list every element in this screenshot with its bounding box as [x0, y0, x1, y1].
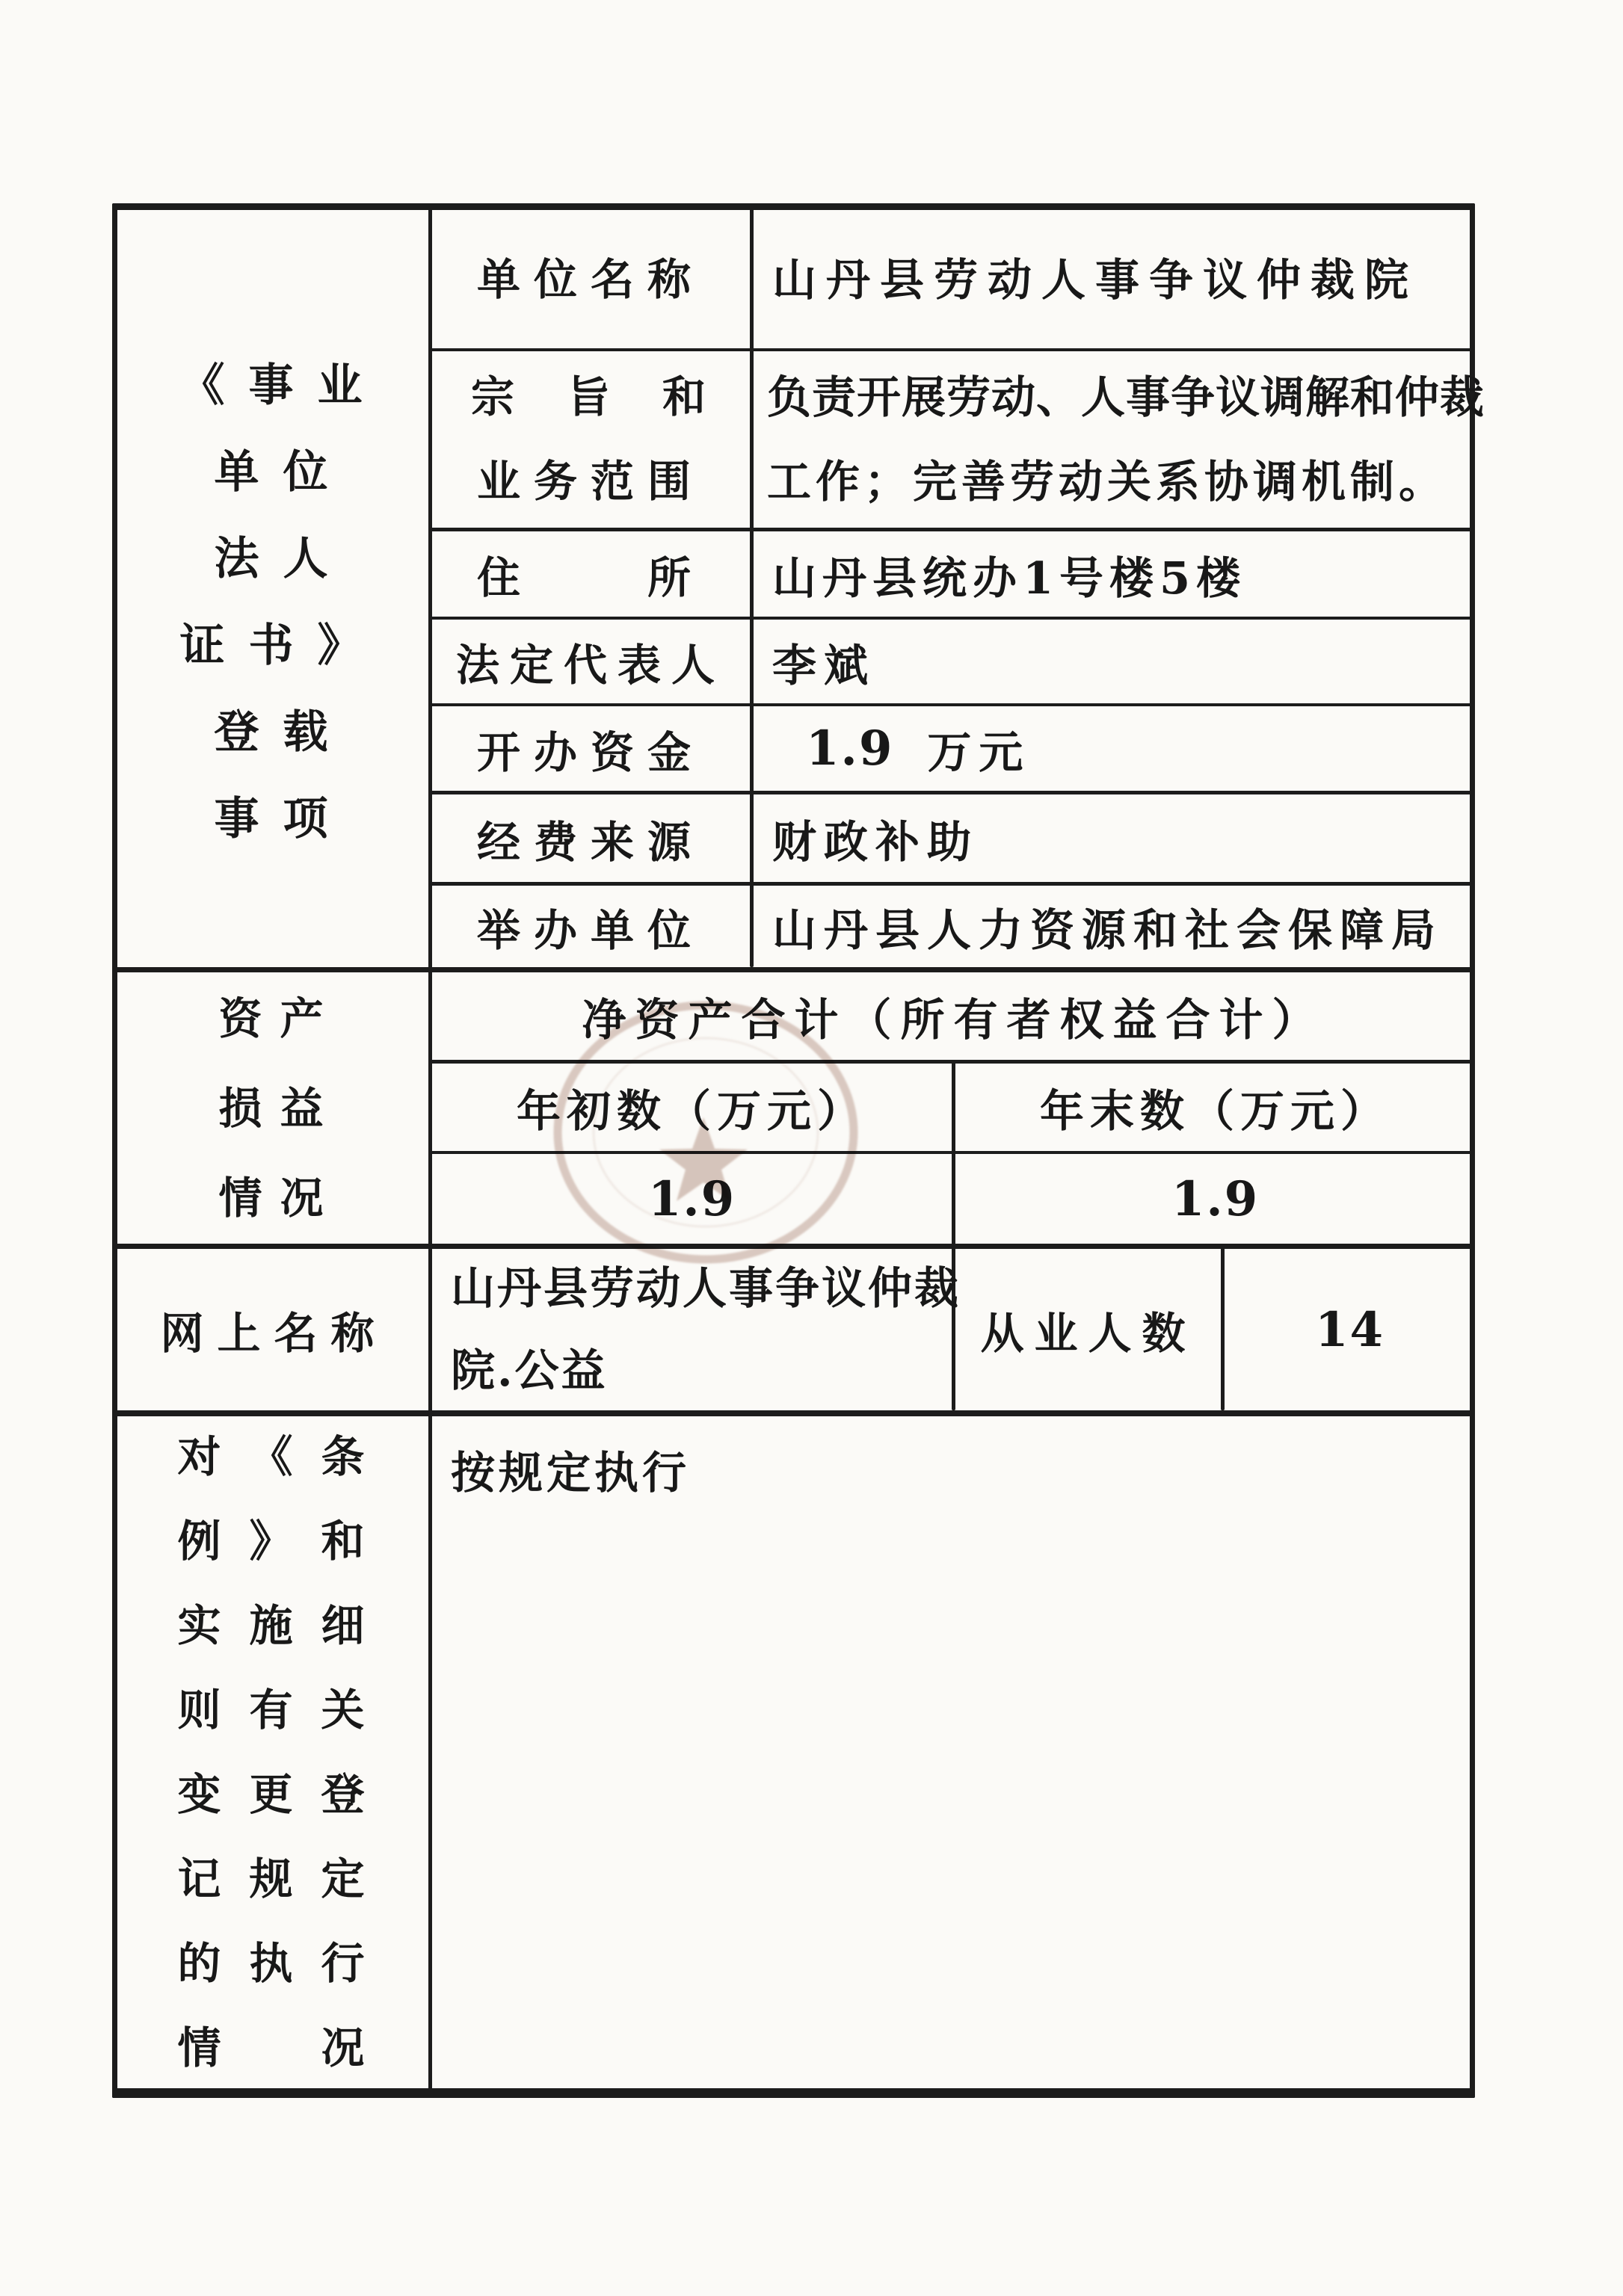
staff-count-value: 14	[1225, 1249, 1475, 1410]
year-end-label: 年末数（万元）	[955, 1064, 1475, 1151]
regs-header-line: 例》和	[177, 1499, 392, 1584]
legal-representative-label: 法定代表人	[430, 620, 751, 703]
document-page: 《事业 单位 法人 证书》 登载 事项 单位名称 山丹县劳动人事争议仲裁院 宗 …	[0, 0, 1623, 2296]
certificate-header-line: 事项	[215, 776, 352, 862]
certificate-header-line: 《事业	[180, 342, 386, 429]
online-name-value-line2: 院.公益	[451, 1330, 608, 1412]
assets-profit-loss-header: 资产 损益 情况	[120, 972, 422, 1244]
regulations-execution-header: 对《条 例》和 实施细 则有关 变更登 记规定 的执行 情 况	[120, 1416, 422, 2088]
funding-source-label: 经费来源	[430, 794, 751, 882]
online-name-value: 山丹县劳动人事争议仲裁 院.公益	[432, 1249, 952, 1410]
purpose-scope-label-line1: 宗 旨 和	[471, 355, 710, 439]
certificate-items-header: 《事业 单位 法人 证书》 登载 事项	[120, 203, 422, 967]
regs-header-line: 情 况	[177, 2006, 392, 2090]
registration-table: 《事业 单位 法人 证书》 登载 事项 单位名称 山丹县劳动人事争议仲裁院 宗 …	[112, 203, 1475, 2098]
regulations-execution-value: 按规定执行	[432, 1416, 1475, 2088]
unit-name-value: 山丹县劳动人事争议仲裁院	[754, 203, 1475, 348]
registered-capital-label: 开办资金	[430, 706, 751, 791]
regs-header-line: 变更登	[177, 1753, 392, 1837]
funding-source-value: 财政补助	[754, 794, 1475, 882]
regs-header-line: 记规定	[177, 1837, 392, 1922]
unit-name-label: 单位名称	[430, 203, 751, 348]
registered-capital-amount: 1.9	[806, 720, 893, 777]
purpose-scope-label: 宗 旨 和 业务范围	[430, 351, 751, 528]
registered-capital-value: 1.9 万元	[754, 706, 1475, 791]
online-name-value-line1: 山丹县劳动人事争议仲裁	[451, 1247, 961, 1330]
address-label: 住 所	[430, 531, 751, 617]
table-border-left	[112, 203, 117, 2098]
regs-header-line: 则有关	[177, 1668, 392, 1753]
certificate-header-line: 单位	[215, 429, 352, 516]
purpose-scope-value: 负责开展劳动、人事争议调解和仲裁 工作；完善劳动关系协调机制。	[754, 351, 1475, 528]
registered-capital-unit: 万元	[927, 717, 1030, 780]
regs-header-line: 的执行	[177, 1922, 392, 2006]
assets-header-line: 损益	[218, 1064, 341, 1153]
year-start-label: 年初数（万元）	[432, 1064, 952, 1151]
certificate-header-line: 法人	[215, 516, 352, 602]
year-start-value: 1.9	[432, 1154, 952, 1244]
address-value: 山丹县统办1号楼5楼	[754, 531, 1475, 617]
purpose-scope-label-line2: 业务范围	[477, 439, 704, 524]
certificate-header-line: 证书》	[180, 602, 386, 689]
assets-header-line: 情况	[218, 1153, 341, 1243]
assets-header-line: 资产	[218, 974, 341, 1064]
purpose-scope-value-line2: 工作；完善劳动关系协调机制。	[767, 439, 1447, 524]
purpose-scope-value-line1: 负责开展劳动、人事争议调解和仲裁	[767, 355, 1485, 439]
section-line-assets	[112, 967, 1475, 972]
net-assets-title: 净资产合计（所有者权益合计）	[432, 972, 1475, 1060]
staff-count-label: 从业人数	[955, 1249, 1221, 1410]
online-name-label: 网上名称	[120, 1249, 428, 1410]
regs-header-line: 实施细	[177, 1584, 392, 1668]
sponsor-unit-value: 山丹县人力资源和社会保障局	[754, 886, 1475, 967]
year-end-value: 1.9	[955, 1154, 1475, 1244]
sponsor-unit-label: 举办单位	[430, 886, 751, 967]
legal-representative-value: 李斌	[754, 620, 1475, 703]
regs-header-line: 对《条	[177, 1415, 392, 1499]
certificate-header-line: 登载	[215, 689, 352, 776]
